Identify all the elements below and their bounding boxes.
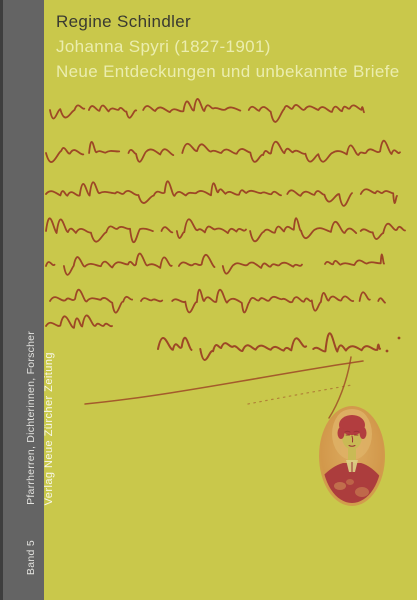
spine-dark-edge xyxy=(0,0,3,600)
book-cover: Pfarrherren, Dichterinnen, Forscher Band… xyxy=(0,0,417,600)
book-title: Johanna Spyri (1827-1901) xyxy=(56,34,400,59)
cover-artwork xyxy=(0,0,417,600)
handwriting-facsimile xyxy=(46,99,405,418)
spine-band-label: Band 5 xyxy=(25,540,37,575)
book-subtitle: Neue Entdeckungen und unbekannte Briefe xyxy=(56,59,400,84)
spine xyxy=(0,0,44,600)
author-name: Regine Schindler xyxy=(56,9,400,34)
title-block: Regine Schindler Johanna Spyri (1827-190… xyxy=(56,9,400,84)
portrait-photo xyxy=(319,406,385,506)
spine-publisher-text: Verlag Neue Zürcher Zeitung xyxy=(43,352,55,505)
spine-series-text: Pfarrherren, Dichterinnen, Forscher xyxy=(25,331,37,505)
